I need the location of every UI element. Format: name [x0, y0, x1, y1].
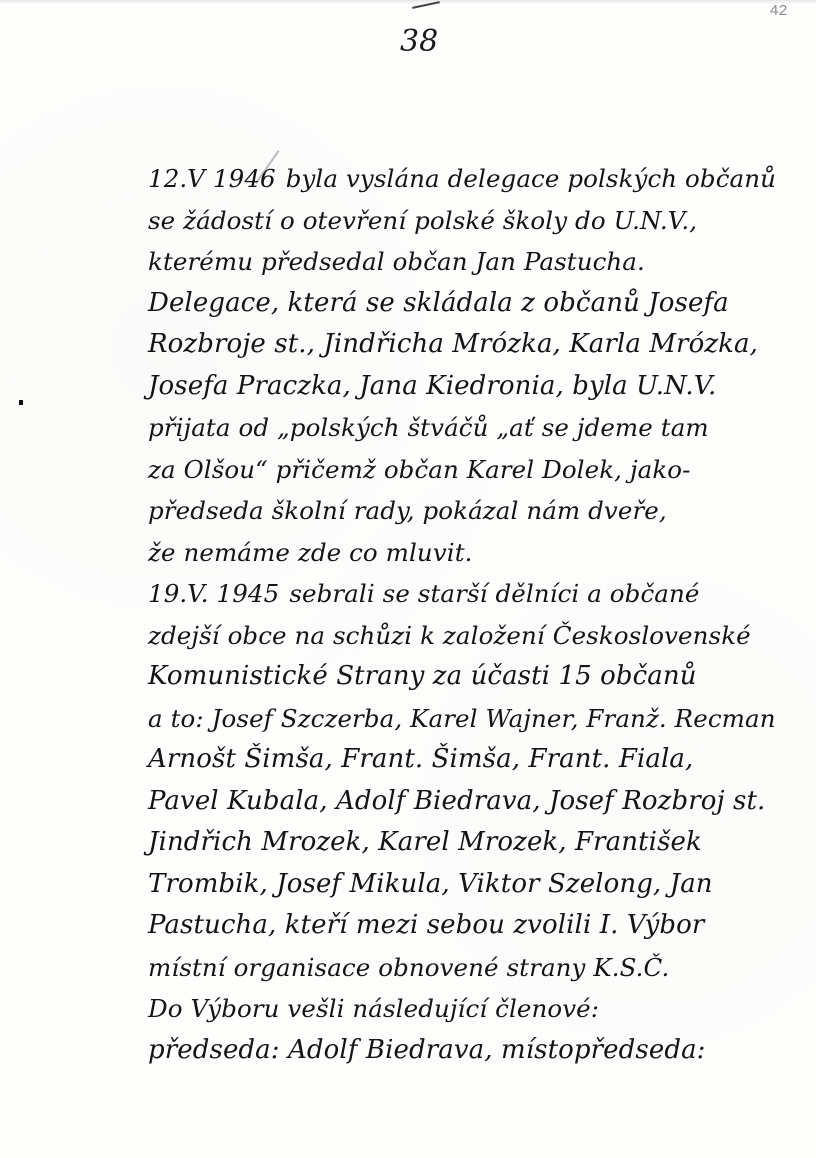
line-text: Rozbroje st., Jindřicha Mrózka, Karla Mr… — [148, 329, 758, 359]
text-line: předseda školní rady, pokázal nám dveře, — [148, 490, 808, 532]
text-line: přijata od „polských štváčů „ať se jdeme… — [148, 407, 808, 449]
line-text: místní organisace obnovené strany K.S.Č. — [148, 953, 669, 982]
text-line: že nemáme zde co mluvit. — [148, 532, 808, 574]
line-text: předseda školní rady, pokázal nám dveře, — [148, 496, 667, 525]
line-text: Delegace, která se skládala z občanů Jos… — [148, 288, 729, 318]
line-text: za Olšou“ přičemž občan Karel Dolek, jak… — [148, 455, 691, 484]
text-line: za Olšou“ přičemž občan Karel Dolek, jak… — [148, 449, 808, 491]
text-line: a to: Josef Szczerba, Karel Wajner, Fran… — [148, 698, 808, 740]
line-text: Josefa Praczka, Jana Kiedronia, byla U.N… — [148, 371, 716, 401]
line-text: že nemáme zde co mluvit. — [148, 538, 473, 567]
text-line: se žádostí o otevření polské školy do U.… — [148, 200, 808, 242]
line-text: Jindřich Mrozek, Karel Mrozek, František — [148, 827, 702, 857]
punch-mark — [19, 400, 23, 405]
text-line: Do Výboru vešli následující členové: — [148, 988, 808, 1030]
line-text: Arnošt Šimša, Frant. Šimša, Frant. Fiala… — [148, 744, 693, 774]
text-line: Trombik, Josef Mikula, Viktor Szelong, J… — [148, 864, 808, 906]
line-text: Trombik, Josef Mikula, Viktor Szelong, J… — [148, 869, 713, 899]
text-line: 19.V. 1945sebrali se starší dělníci a ob… — [148, 573, 808, 615]
line-text: Komunistické Strany za účasti 15 občanů — [148, 661, 697, 691]
scan-top-edge — [0, 0, 816, 4]
text-line: 12.V 1946byla vyslána delegace polských … — [148, 158, 808, 200]
entry-date: 19.V. 1945 — [148, 579, 279, 608]
line-text: Pastucha, kteří mezi sebou zvolili I. Vý… — [148, 910, 704, 940]
entry-date: 12.V 1946 — [148, 164, 276, 193]
line-text: Do Výboru vešli následující členové: — [148, 994, 599, 1023]
text-line: Arnošt Šimša, Frant. Šimša, Frant. Fiala… — [148, 739, 808, 781]
handwritten-text: 12.V 1946byla vyslána delegace polských … — [148, 158, 808, 1071]
text-line: předseda: Adolf Biedrava, místopředseda: — [148, 1030, 808, 1072]
text-line: Jindřich Mrozek, Karel Mrozek, František — [148, 822, 808, 864]
scanned-page: 42 38 12.V 1946byla vyslána delegace pol… — [0, 0, 816, 1158]
text-line: Josefa Praczka, Jana Kiedronia, byla U.N… — [148, 366, 808, 408]
line-text: Pavel Kubala, Adolf Biedrava, Josef Rozb… — [148, 786, 765, 816]
text-line: místní organisace obnovené strany K.S.Č. — [148, 947, 808, 989]
line-text: zdejší obce na schůzi k založení Českosl… — [148, 621, 751, 650]
text-line: kterému předsedal občan Jan Pastucha. — [148, 241, 808, 283]
text-line: Komunistické Strany za účasti 15 občanů — [148, 656, 808, 698]
line-text: sebrali se starší dělníci a občané — [289, 579, 699, 608]
archive-number: 42 — [770, 2, 788, 19]
text-line: Delegace, která se skládala z občanů Jos… — [148, 283, 808, 325]
text-line: zdejší obce na schůzi k založení Českosl… — [148, 615, 808, 657]
line-text: a to: Josef Szczerba, Karel Wajner, Fran… — [148, 704, 776, 733]
line-text: předseda: Adolf Biedrava, místopředseda: — [148, 1035, 706, 1065]
line-text: přijata od „polských štváčů „ať se jdeme… — [148, 413, 709, 442]
text-line: Pavel Kubala, Adolf Biedrava, Josef Rozb… — [148, 781, 808, 823]
line-text: se žádostí o otevření polské školy do U.… — [148, 206, 697, 235]
page-number: 38 — [400, 24, 438, 59]
line-text: byla vyslána delegace polských občanů — [286, 164, 776, 193]
text-line: Pastucha, kteří mezi sebou zvolili I. Vý… — [148, 905, 808, 947]
text-line: Rozbroje st., Jindřicha Mrózka, Karla Mr… — [148, 324, 808, 366]
line-text: kterému předsedal občan Jan Pastucha. — [148, 247, 645, 276]
